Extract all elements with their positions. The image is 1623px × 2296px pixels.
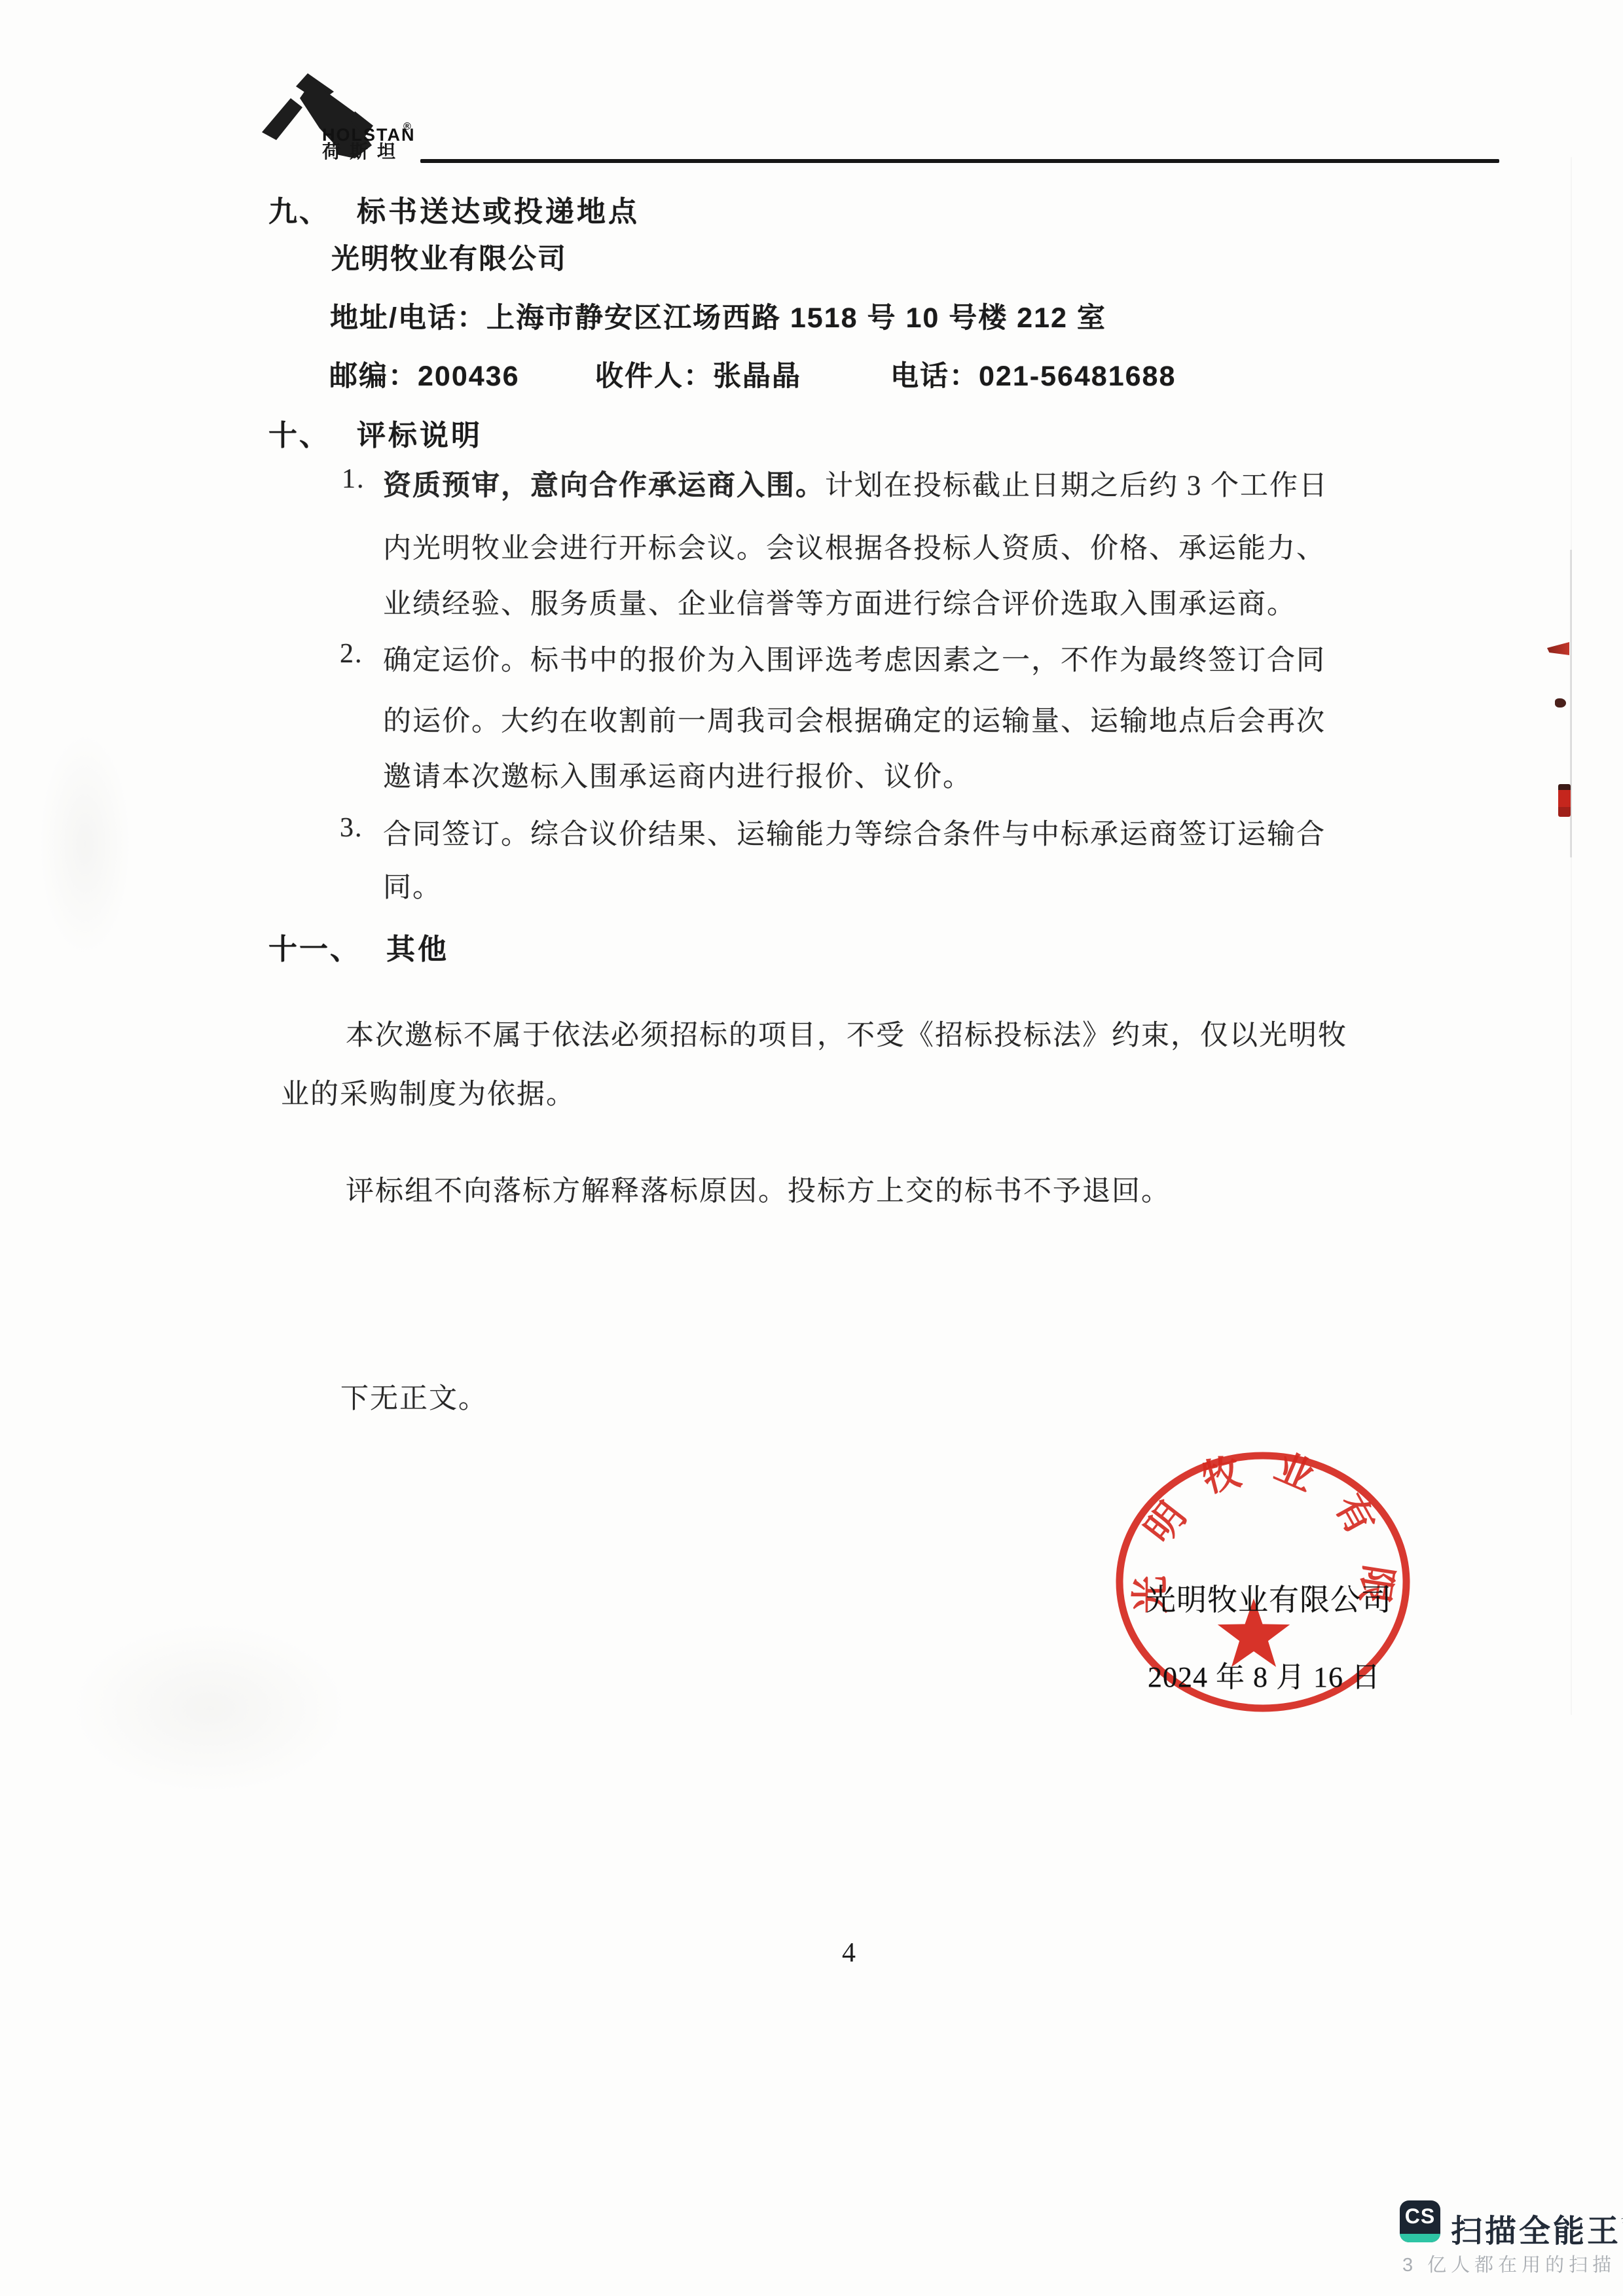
logo-registered-mark: ® xyxy=(403,121,411,132)
header-rule xyxy=(420,159,1499,163)
scan-crease-bottom-left xyxy=(72,1623,347,1793)
scan-edge-streak-faint xyxy=(1571,157,1572,1715)
camscanner-app-name: 扫描全能王 xyxy=(1451,2214,1621,2249)
other-para1-line2: 业的采购制度为依据。 xyxy=(281,1072,575,1112)
delivery-company: 光明牧业有限公司 xyxy=(331,237,567,277)
edge-artifact-2 xyxy=(1555,698,1566,708)
edge-artifact-3 xyxy=(1558,784,1571,817)
eval-item1-lead: 资质预审，意向合作承运商入围。 xyxy=(383,471,825,501)
delivery-phone: 电话：021-56481688 xyxy=(890,354,1176,394)
section-10-number: 十、 xyxy=(268,412,330,454)
section-9-number: 九、 xyxy=(268,188,330,230)
signature-date: 2024 年 8 月 16 日 xyxy=(1148,1653,1381,1695)
scan-crease-left xyxy=(39,733,131,956)
other-para2: 评标组不向落标方解释落标原因。投标方上交的标书不予退回。 xyxy=(346,1169,1171,1209)
eval-item3-line1: 合同签订。综合议价结果、运输能力等综合条件与中标承运商签订运输合 xyxy=(383,812,1326,852)
eval-item2-line3: 邀请本次邀标入围承运商内进行报价、议价。 xyxy=(383,755,972,795)
signature-company: 光明牧业有限公司 xyxy=(1146,1576,1392,1619)
section-10-title: 评标说明 xyxy=(357,412,483,454)
camscanner-icon: CS xyxy=(1400,2200,1440,2242)
delivery-address: 地址/电话：上海市静安区江场西路 1518 号 10 号楼 212 室 xyxy=(330,296,1106,336)
camscanner-icon-accent-bar xyxy=(1400,2234,1440,2242)
edge-artifact-1 xyxy=(1547,642,1569,655)
section-11-number: 十一、 xyxy=(268,925,361,967)
holstan-logo: HOLSTAN ® 荷斯坦 xyxy=(257,72,427,160)
section-9-title: 标书送达或投递地点 xyxy=(357,188,640,230)
eval-item1-line2: 内光明牧业会进行开标会议。会议根据各投标人资质、价格、承运能力、 xyxy=(383,526,1326,566)
eval-item3-number: 3. xyxy=(340,812,363,844)
camscanner-wordmark: 扫描全能王™ xyxy=(1451,2206,1623,2251)
eval-item1-line3: 业绩经验、服务质量、企业信誉等方面进行综合评价选取入围承运商。 xyxy=(383,582,1296,622)
delivery-recipient: 收件人：张晶晶 xyxy=(595,354,801,394)
logo-brand-cn: 荷斯坦 xyxy=(322,141,405,160)
other-para1-line1: 本次邀标不属于依法必须招标的项目，不受《招标投标法》约束，仅以光明牧 xyxy=(346,1013,1347,1053)
camscanner-icon-letters: CS xyxy=(1400,2204,1440,2229)
eval-item3-line2: 同。 xyxy=(383,865,442,905)
eval-item1-line1: 资质预审，意向合作承运商入围。计划在投标截止日期之后约 3 个工作日 xyxy=(383,463,1328,503)
eval-item2-line1: 确定运价。标书中的报价为入围评选考虑因素之一，不作为最终签订合同 xyxy=(383,638,1326,678)
eval-item1-number: 1. xyxy=(342,463,365,495)
eval-item2-line2: 的运价。大约在收割前一周我司会根据确定的运输量、运输地点后会再次 xyxy=(383,699,1326,739)
camscanner-tagline: 3 亿人都在用的扫描 App xyxy=(1402,2250,1623,2277)
scanned-document-page: HOLSTAN ® 荷斯坦 九、 标书送达或投递地点 光明牧业有限公司 地址/电… xyxy=(0,0,1623,2296)
eval-item2-number: 2. xyxy=(340,638,363,670)
section-11-title: 其他 xyxy=(386,925,449,967)
closing-text: 下无正文。 xyxy=(340,1376,488,1416)
eval-item1-line1-rest: 计划在投标截止日期之后约 3 个工作日 xyxy=(825,471,1328,501)
delivery-postal: 邮编：200436 xyxy=(329,354,520,394)
page-number: 4 xyxy=(842,1937,856,1969)
